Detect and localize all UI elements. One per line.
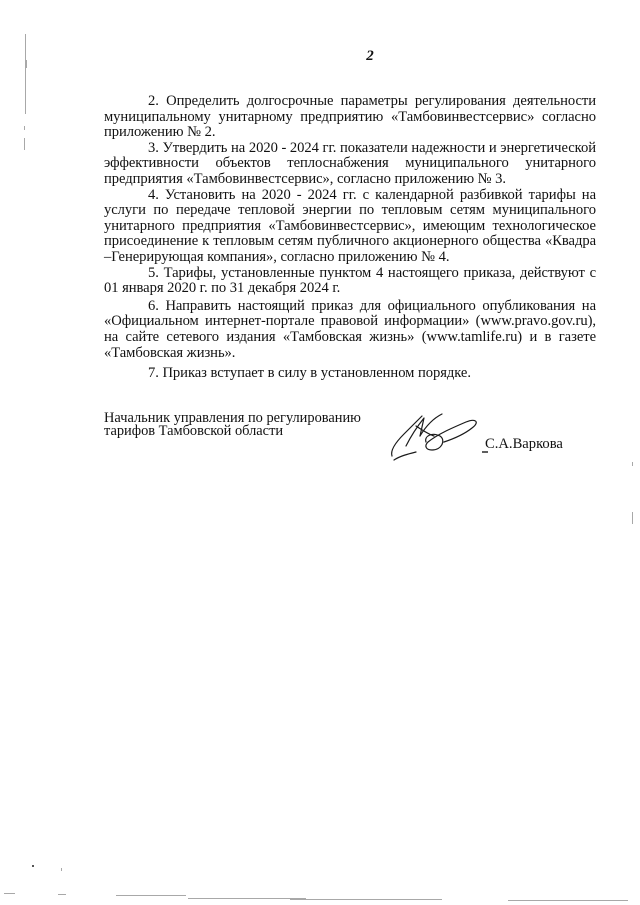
scan-bottom-mark <box>188 898 306 899</box>
signer-title-line-2: тарифов Тамбовской области <box>104 425 361 438</box>
handwritten-signature-icon <box>386 406 496 462</box>
scan-margin-mark-left <box>24 126 25 130</box>
paragraph-6: 6. Направить настоящий приказ для официа… <box>104 299 596 361</box>
paragraph-7: 7. Приказ вступает в силу в установленно… <box>104 366 596 382</box>
scan-bottom-mark <box>4 893 15 894</box>
scan-margin-mark-left <box>24 138 25 150</box>
scan-bottom-mark <box>116 895 186 896</box>
document-body: 2. Определить долгосрочные параметры рег… <box>104 94 596 382</box>
paragraph-3: 3. Утвердить на 2020 - 2024 гг. показате… <box>104 141 596 188</box>
scan-margin-mark-left <box>25 60 27 68</box>
scan-bottom-mark <box>508 900 628 901</box>
scan-bottom-mark <box>58 894 66 895</box>
signer-name: С.А.Варкова <box>485 436 563 453</box>
paragraph-5: 5. Тарифы, установленные пунктом 4 насто… <box>104 266 596 297</box>
paragraph-4: 4. Установить на 2020 - 2024 гг. с кален… <box>104 188 596 266</box>
scan-speck <box>61 868 62 871</box>
page-number: 2 <box>0 48 640 65</box>
signer-title: Начальник управления по регулированию та… <box>104 412 361 437</box>
scan-margin-mark-right <box>632 512 633 524</box>
scan-bottom-mark <box>290 899 442 900</box>
scan-speck <box>32 865 34 867</box>
scan-margin-mark-right <box>632 462 633 466</box>
signature-block: Начальник управления по регулированию та… <box>104 412 584 472</box>
scan-margin-mark-left <box>25 34 26 114</box>
paragraph-2: 2. Определить долгосрочные параметры рег… <box>104 94 596 141</box>
